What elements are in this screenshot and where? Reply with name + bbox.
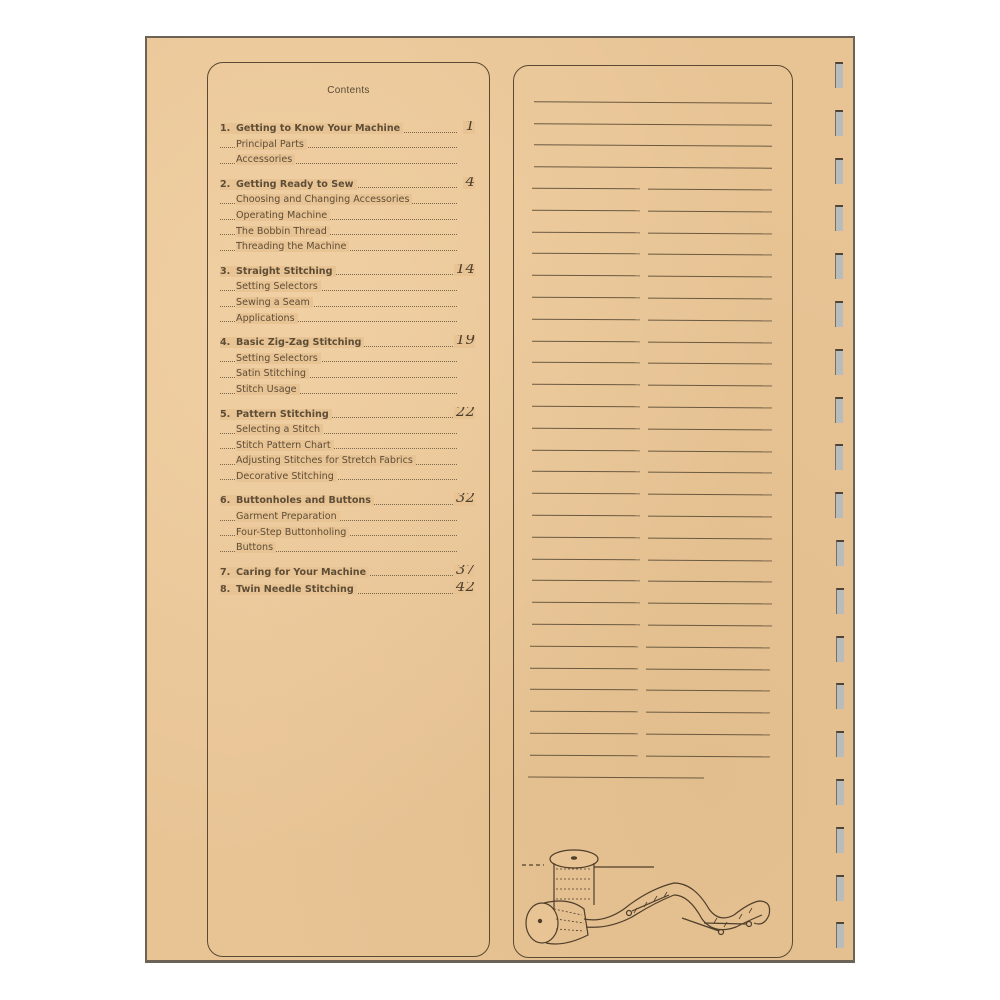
ruled-line	[530, 711, 638, 713]
ruled-line	[648, 494, 772, 496]
subitem-title: Decorative Stitching	[236, 471, 334, 482]
ruled-line	[534, 166, 772, 168]
ruled-line	[648, 210, 772, 212]
ruled-line	[648, 559, 772, 561]
page-number: 37	[454, 565, 475, 578]
ruled-line	[646, 690, 770, 692]
page-number: 1	[463, 121, 475, 134]
subitem-title: Satin Stitching	[236, 368, 306, 379]
binding-slot	[836, 731, 844, 757]
ruled-line	[532, 471, 640, 473]
toc-chapter: 7.Caring for Your Machine37	[220, 565, 475, 581]
toc-subitem: Choosing and Changing Accessories	[220, 192, 475, 208]
ruled-line	[532, 493, 640, 495]
toc-chapter: 6.Buttonholes and Buttons32	[220, 493, 475, 509]
ruled-line	[534, 123, 772, 125]
ruled-line	[532, 340, 640, 342]
toc-subitem: Decorative Stitching	[220, 469, 475, 485]
binding-slot	[836, 683, 844, 709]
toc-chapter: 4.Basic Zig-Zag Stitching19	[220, 335, 475, 351]
ruled-line	[648, 603, 772, 605]
subitem-title: Choosing and Changing Accessories	[236, 194, 409, 205]
binding-slot	[835, 158, 843, 184]
toc-subitem: Applications	[220, 311, 475, 327]
notes-panel	[513, 65, 793, 958]
chapter-title: Getting Ready to Sew	[236, 179, 354, 190]
page-number: 4	[463, 177, 475, 190]
toc-subitem: Principal Parts	[220, 137, 475, 153]
ruled-line	[646, 668, 770, 670]
ruled-line	[532, 406, 640, 408]
ruled-line	[646, 734, 770, 736]
ruled-line	[530, 667, 638, 669]
ruled-line	[530, 689, 638, 691]
toc-subitem: Operating Machine	[220, 208, 475, 224]
subitem-title: Adjusting Stitches for Stretch Fabrics	[236, 455, 413, 466]
binding-slot	[835, 397, 843, 423]
ruled-line	[532, 602, 640, 604]
subitem-title: The Bobbin Thread	[236, 226, 327, 237]
ruled-line	[532, 319, 640, 321]
page-number: 32	[454, 493, 475, 506]
binding-slot	[835, 492, 843, 518]
toc-section: 3.Straight Stitching14Setting SelectorsS…	[220, 264, 475, 326]
ruled-line	[648, 516, 772, 518]
binding-slot	[835, 205, 843, 231]
subitem-title: Setting Selectors	[236, 353, 318, 364]
toc-chapter: 5.Pattern Stitching22	[220, 407, 475, 423]
chapter-number: 8.	[220, 582, 236, 598]
ruled-line	[648, 189, 772, 191]
chapter-number: 5.	[220, 407, 236, 423]
chapter-number: 2.	[220, 177, 236, 193]
chapter-title: Getting to Know Your Machine	[236, 123, 400, 134]
chapter-number: 3.	[220, 264, 236, 280]
ruled-line	[532, 624, 640, 626]
ruled-line	[532, 580, 640, 582]
binding-slot	[835, 301, 843, 327]
ruled-line	[532, 362, 640, 364]
toc-section: 5.Pattern Stitching22Selecting a StitchS…	[220, 407, 475, 485]
ruled-line	[532, 188, 640, 190]
ruled-line	[648, 537, 772, 539]
page-number: 22	[454, 407, 475, 420]
ruled-line	[532, 231, 640, 233]
ruled-line	[532, 428, 640, 430]
manual-page: Contents 1.Getting to Know Your Machine1…	[145, 36, 855, 963]
toc-subitem: Stitch Pattern Chart	[220, 438, 475, 454]
toc-subitem: Buttons	[220, 540, 475, 556]
subitem-title: Operating Machine	[236, 210, 327, 221]
ruled-line	[648, 581, 772, 583]
subitem-title: Setting Selectors	[236, 281, 318, 292]
ruled-line	[648, 276, 772, 278]
toc-section: 6.Buttonholes and Buttons32Garment Prepa…	[220, 493, 475, 555]
toc-section: 7.Caring for Your Machine37	[220, 565, 475, 581]
ruled-line	[648, 450, 772, 452]
ruled-line	[530, 646, 638, 648]
chapter-title: Twin Needle Stitching	[236, 584, 354, 595]
ruled-line	[530, 755, 638, 757]
chapter-title: Straight Stitching	[236, 266, 333, 277]
subitem-title: Four-Step Buttonholing	[236, 527, 346, 538]
subitem-title: Sewing a Seam	[236, 297, 310, 308]
ruled-line	[648, 232, 772, 234]
toc-chapter: 8.Twin Needle Stitching42	[220, 582, 475, 598]
ruled-line	[532, 449, 640, 451]
subitem-title: Principal Parts	[236, 139, 304, 150]
binding-slot	[836, 540, 844, 566]
contents-panel: Contents 1.Getting to Know Your Machine1…	[207, 62, 490, 957]
ruled-line	[648, 385, 772, 387]
binding-slot	[835, 444, 843, 470]
ruled-line	[532, 558, 640, 560]
binding-slot	[836, 922, 844, 948]
chapter-title: Pattern Stitching	[236, 409, 329, 420]
chapter-number: 1.	[220, 121, 236, 137]
subitem-title: Stitch Usage	[236, 384, 297, 395]
ruled-line	[648, 319, 772, 321]
binding-slot	[836, 588, 844, 614]
toc-chapter: 3.Straight Stitching14	[220, 264, 475, 280]
binding-slot	[835, 62, 843, 88]
binding-slot	[836, 827, 844, 853]
page-number: 14	[454, 264, 475, 277]
toc-subitem: Sewing a Seam	[220, 295, 475, 311]
page-number: 19	[454, 335, 475, 348]
ruled-line	[532, 537, 640, 539]
subitem-title: Stitch Pattern Chart	[236, 440, 331, 451]
toc-subitem: Setting Selectors	[220, 351, 475, 367]
contents-title: Contents	[208, 85, 489, 96]
ruled-line	[530, 733, 638, 735]
spool-tape-measure-illustration	[514, 823, 794, 953]
ruled-line	[532, 253, 640, 255]
ruled-line	[532, 297, 640, 299]
chapter-number: 7.	[220, 565, 236, 581]
toc-subitem: Four-Step Buttonholing	[220, 525, 475, 541]
ruled-line	[648, 625, 772, 627]
ruled-line	[534, 144, 772, 146]
ruled-line	[648, 428, 772, 430]
ruled-line	[532, 384, 640, 386]
ruled-line	[648, 254, 772, 256]
subitem-title: Threading the Machine	[236, 241, 346, 252]
subitem-title: Selecting a Stitch	[236, 424, 320, 435]
toc-section: 8.Twin Needle Stitching42	[220, 582, 475, 598]
ruled-line	[648, 298, 772, 300]
chapter-number: 6.	[220, 493, 236, 509]
table-of-contents: 1.Getting to Know Your Machine1Principal…	[220, 121, 475, 600]
ruled-line	[648, 341, 772, 343]
toc-subitem: Garment Preparation	[220, 509, 475, 525]
chapter-number: 4.	[220, 335, 236, 351]
subitem-title: Buttons	[236, 542, 273, 553]
ruled-line	[532, 210, 640, 212]
ruled-line	[646, 646, 770, 648]
toc-section: 2.Getting Ready to Sew4Choosing and Chan…	[220, 177, 475, 255]
chapter-title: Buttonholes and Buttons	[236, 495, 371, 506]
subitem-title: Accessories	[236, 154, 292, 165]
ruled-line	[648, 363, 772, 365]
binding-slot	[835, 110, 843, 136]
ruled-line	[646, 755, 770, 757]
ruled-line	[648, 472, 772, 474]
toc-chapter: 2.Getting Ready to Sew4	[220, 177, 475, 193]
toc-subitem: The Bobbin Thread	[220, 224, 475, 240]
chapter-title: Basic Zig-Zag Stitching	[236, 337, 361, 348]
toc-subitem: Setting Selectors	[220, 279, 475, 295]
subitem-title: Garment Preparation	[236, 511, 337, 522]
toc-subitem: Adjusting Stitches for Stretch Fabrics	[220, 453, 475, 469]
toc-subitem: Selecting a Stitch	[220, 422, 475, 438]
ruled-line	[534, 101, 772, 103]
toc-chapter: 1.Getting to Know Your Machine1	[220, 121, 475, 137]
ruled-line	[532, 515, 640, 517]
ruled-line	[528, 776, 704, 778]
ruled-line	[532, 275, 640, 277]
toc-section: 1.Getting to Know Your Machine1Principal…	[220, 121, 475, 168]
binding-slot	[836, 636, 844, 662]
ruled-line	[646, 712, 770, 714]
ruled-line	[648, 407, 772, 409]
chapter-title: Caring for Your Machine	[236, 567, 366, 578]
toc-section: 4.Basic Zig-Zag Stitching19Setting Selec…	[220, 335, 475, 397]
toc-subitem: Accessories	[220, 152, 475, 168]
binding-slot	[836, 779, 844, 805]
binding-slot	[835, 349, 843, 375]
binding-slot	[835, 253, 843, 279]
toc-subitem: Stitch Usage	[220, 382, 475, 398]
binding-slot	[836, 875, 844, 901]
subitem-title: Applications	[236, 313, 295, 324]
page-number: 42	[454, 582, 475, 595]
toc-subitem: Satin Stitching	[220, 366, 475, 382]
toc-subitem: Threading the Machine	[220, 239, 475, 255]
